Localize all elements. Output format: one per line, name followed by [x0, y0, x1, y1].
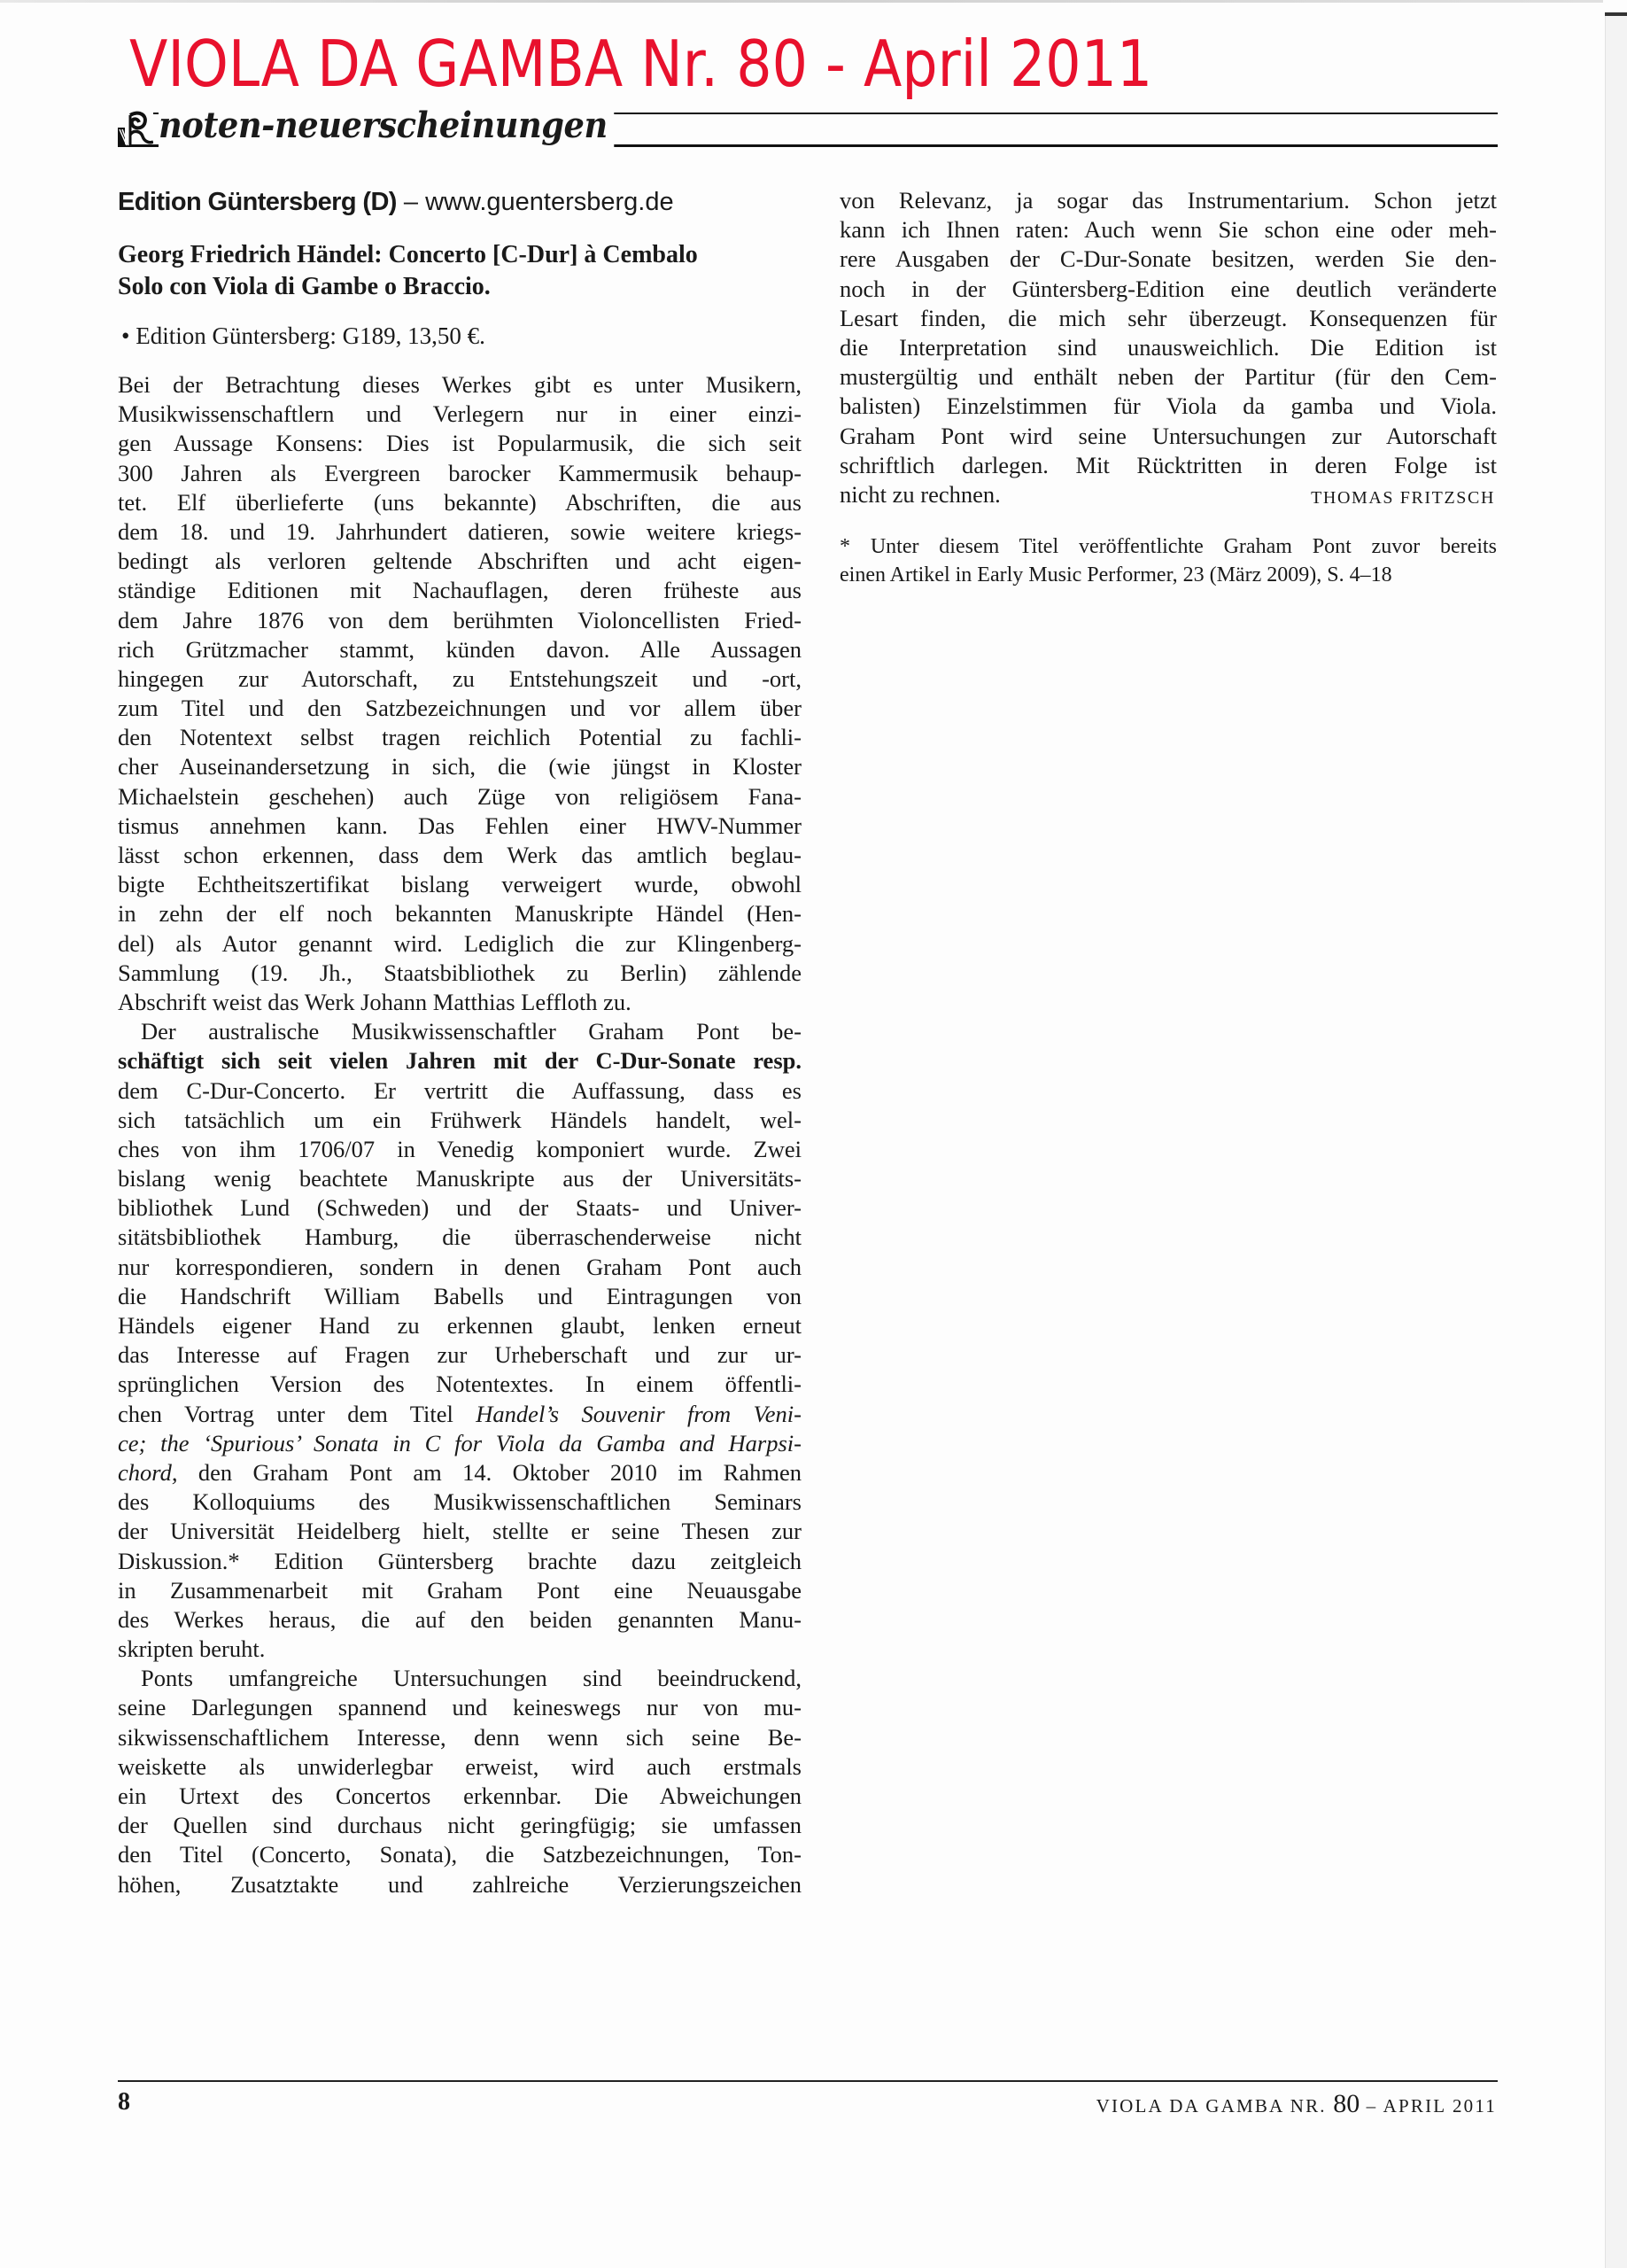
text-line: höhen, Zusatztakte und zahlreiche Verzie…	[118, 1870, 802, 1899]
text-line: der Universität Heidelberg hielt, stellt…	[118, 1517, 802, 1546]
text-line: rich Grützmacher stammt, künden davon. A…	[118, 635, 802, 664]
footer-rule	[118, 2080, 1498, 2082]
text-line: den Notentext selbst tragen reichlich Po…	[118, 723, 802, 752]
music-clef-logo-icon	[118, 110, 153, 147]
left-column: Edition Güntersberg (D) – www.guentersbe…	[118, 186, 802, 1899]
text-run: chen Vortrag unter dem Titel	[118, 1401, 476, 1427]
paragraph-3-continued: von Relevanz, ja sogar das Instrumentari…	[840, 186, 1497, 509]
publisher-url: www.guentersberg.de	[425, 188, 674, 216]
work-title: Georg Friedrich Händel: Concerto [C-Dur]…	[118, 239, 802, 303]
text-line: das Interesse auf Fragen zur Urheberscha…	[118, 1340, 802, 1370]
text-line: bigte Echtheitszertifikat bislang verwei…	[118, 870, 802, 899]
text-line: mustergültig und enthält neben der Parti…	[840, 362, 1497, 392]
author-signature: THOMAS FRITZSCH	[1311, 480, 1497, 509]
text-line: des Werkes heraus, die auf den beiden ge…	[118, 1605, 802, 1635]
text-line: ein Urtext des Concertos erkennbar. Die …	[118, 1782, 802, 1811]
text-line: sikwissenschaftlichem Interesse, denn we…	[118, 1723, 802, 1752]
text-line: bibliothek Lund (Schweden) und der Staat…	[118, 1193, 802, 1223]
publisher-separator: –	[397, 188, 425, 216]
text-line: bislang wenig beachtete Manuskripte aus …	[118, 1164, 802, 1193]
text-line: dem 18. und 19. Jahrhundert datieren, so…	[118, 517, 802, 547]
text-line: die Handschrift William Babells und Eint…	[118, 1282, 802, 1311]
scan-edge-mark	[1605, 12, 1627, 16]
text-line: Sammlung (19. Jh., Staatsbibliothek zu B…	[118, 959, 802, 988]
text-line: Diskussion.* Edition Güntersberg brachte…	[118, 1547, 802, 1576]
text-line: weiskette als unwiderlegbar erweist, wir…	[118, 1752, 802, 1782]
text-line: Abschrift weist das Werk Johann Matthias…	[118, 988, 802, 1017]
text-line: schriftlich darlegen. Mit Rücktritten in…	[840, 451, 1497, 480]
paragraph-3: Ponts umfangreiche Untersuchungen sind b…	[118, 1664, 802, 1899]
footnote: * Unter diesem Titel veröffentlichte Gra…	[840, 532, 1497, 589]
text-line: dem Jahre 1876 von dem berühmten Violonc…	[118, 606, 802, 635]
text-line: nicht zu rechnen.	[840, 480, 1001, 509]
running-footer: VIOLA DA GAMBA NR. 80 – APRIL 2011	[1096, 2091, 1497, 2119]
footnote-line: einen Artikel in Early Music Performer, …	[840, 561, 1497, 589]
text-line: dem C-Dur-Concerto. Er vertritt die Auff…	[118, 1076, 802, 1106]
text-line: zum Titel und den Satzbezeichnungen und …	[118, 694, 802, 723]
text-line: rere Ausgaben der C-Dur-Sonate besitzen,…	[840, 245, 1497, 274]
text-line: skripten beruht.	[118, 1635, 802, 1664]
text-line: balisten) Einzelstimmen für Viola da gam…	[840, 392, 1497, 421]
text-line: 300 Jahren als Evergreen barocker Kammer…	[118, 459, 802, 488]
text-line: Ponts umfangreiche Untersuchungen sind b…	[118, 1664, 802, 1693]
section-header: noten-neuerscheinungen	[118, 110, 1498, 149]
text-line: tet. Elf überlieferte (uns bekannte) Abs…	[118, 488, 802, 517]
running-title-issue: 80	[1333, 2089, 1360, 2118]
text-line: Musikwissenschaftlern und Verlegern nur …	[118, 400, 802, 429]
right-column: von Relevanz, ja sogar das Instrumentari…	[840, 186, 1497, 589]
page-number: 8	[118, 2087, 130, 2117]
text-line: hingegen zur Autorschaft, zu Entstehungs…	[118, 664, 802, 694]
text-line: Michaelstein geschehen) auch Züge von re…	[118, 782, 802, 812]
running-title-prefix: VIOLA DA GAMBA NR.	[1096, 2095, 1334, 2117]
text-line: gen Aussage Konsens: Dies ist Popularmus…	[118, 429, 802, 458]
paragraph-2: Der australische Musikwissenschaftler Gr…	[118, 1017, 802, 1664]
text-line: lässt schon erkennen, dass dem Werk das …	[118, 841, 802, 870]
text-line: cher Auseinandersetzung in sich, die (wi…	[118, 752, 802, 781]
text-line: Graham Pont wird seine Untersuchungen zu…	[840, 422, 1497, 451]
lecture-title-run: Handel’s Souvenir from Veni-	[476, 1401, 802, 1427]
text-line: ständige Editionen mit Nachauflagen, der…	[118, 576, 802, 605]
text-line: Lesart finden, die mich sehr überzeugt. …	[840, 304, 1497, 333]
work-title-line: Georg Friedrich Händel: Concerto [C-Dur]…	[118, 239, 802, 271]
paragraph-1: Bei der Betrachtung dieses Werkes gibt e…	[118, 370, 802, 1017]
text-line: von Relevanz, ja sogar das Instrumentari…	[840, 186, 1497, 215]
text-line: in Zusammenarbeit mit Graham Pont eine N…	[118, 1576, 802, 1605]
text-line: kann ich Ihnen raten: Auch wenn Sie scho…	[840, 215, 1497, 245]
text-line: sprünglichen Version des Notentextes. In…	[118, 1370, 802, 1399]
text-line: des Kolloquiums des Musikwissenschaftlic…	[118, 1487, 802, 1517]
publisher-heading: Edition Güntersberg (D) – www.guentersbe…	[118, 186, 802, 218]
text-line: den Titel (Concerto, Sonata), die Satzbe…	[118, 1840, 802, 1869]
text-line: Der australische Musikwissenschaftler Gr…	[118, 1017, 802, 1046]
text-line: nur korrespondieren, sondern in denen Gr…	[118, 1253, 802, 1282]
text-line: bedingt als verloren geltende Abschrifte…	[118, 547, 802, 576]
magazine-title: VIOLA DA GAMBA Nr. 80 - April 2011	[129, 27, 1152, 101]
text-line: seine Darlegungen spannend und keinesweg…	[118, 1693, 802, 1722]
text-line: noch in der Güntersberg-Edition eine deu…	[840, 275, 1497, 304]
running-title-suffix: – APRIL 2011	[1360, 2095, 1497, 2117]
lecture-title-run: chord,	[118, 1459, 177, 1486]
text-line: sich tatsächlich um ein Frühwerk Händels…	[118, 1106, 802, 1135]
text-line: die Interpretation sind unausweichlich. …	[840, 333, 1497, 362]
work-title-line: Solo con Viola di Gambe o Braccio.	[118, 271, 802, 303]
text-line: Händels eigener Hand zu erkennen glaubt,…	[118, 1311, 802, 1340]
text-line-mixed: chord, den Graham Pont am 14. Oktober 20…	[118, 1458, 802, 1487]
text-line-bold: schäftigt sich seit vielen Jahren mit de…	[118, 1046, 802, 1076]
text-line: del) als Autor genannt wird. Lediglich d…	[118, 929, 802, 959]
text-line: tismus annehmen kann. Das Fehlen einer H…	[118, 812, 802, 841]
scan-right-margin	[1605, 14, 1627, 2268]
section-title: noten-neuerscheinungen	[159, 105, 614, 147]
text-run: den Graham Pont am 14. Oktober 2010 im R…	[177, 1459, 802, 1486]
footnote-line: * Unter diesem Titel veröffentlichte Gra…	[840, 532, 1497, 561]
text-line: ches von ihm 1706/07 in Venedig komponie…	[118, 1135, 802, 1164]
scan-top-edge	[0, 0, 1603, 3]
closing-line: nicht zu rechnen. THOMAS FRITZSCH	[840, 480, 1497, 509]
text-line: in zehn der elf noch bekannten Manuskrip…	[118, 899, 802, 928]
publisher-name: Edition Güntersberg (D)	[118, 188, 397, 216]
text-line: der Quellen sind durchaus nicht geringfü…	[118, 1811, 802, 1840]
text-line: sitätsbibliothek Hamburg, die überrasche…	[118, 1223, 802, 1252]
lecture-title-line: ce; the ‘Spurious’ Sonata in C for Viola…	[118, 1429, 802, 1458]
text-line-mixed: chen Vortrag unter dem Titel Handel’s So…	[118, 1400, 802, 1429]
edition-info: • Edition Güntersberg: G189, 13,50 €.	[118, 321, 802, 351]
text-line: Bei der Betrachtung dieses Werkes gibt e…	[118, 370, 802, 400]
